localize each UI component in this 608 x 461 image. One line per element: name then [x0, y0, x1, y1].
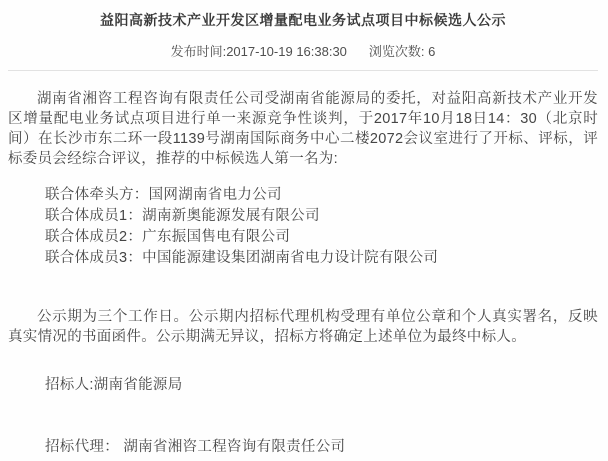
- agent-line: 招标代理： 湖南省湘咨工程咨询有限责任公司: [45, 439, 598, 456]
- page-title: 益阳高新技术产业开发区增量配电业务试点项目中标候选人公示: [8, 0, 598, 29]
- publish-time: 发布时间:2017-10-19 16:38:30: [171, 44, 347, 59]
- consortium-leader-label: 联合体牵头方：: [45, 187, 149, 203]
- consortium-member1-row: 联合体成员1：湖南新奥能源发展有限公司: [45, 206, 598, 227]
- consortium-list: 联合体牵头方：国网湖南省电力公司 联合体成员1：湖南新奥能源发展有限公司 联合体…: [45, 185, 598, 269]
- view-count-label: 浏览次数:: [369, 44, 425, 59]
- consortium-member1-value: 湖南新奥能源发展有限公司: [142, 208, 320, 224]
- announcement-document: 益阳高新技术产业开发区增量配电业务试点项目中标候选人公示 发布时间:2017-1…: [0, 0, 608, 461]
- consortium-member3-row: 联合体成员3：中国能源建设集团湖南省电力设计院有限公司: [45, 248, 598, 269]
- view-count: 浏览次数: 6: [369, 44, 435, 59]
- consortium-member3-value: 中国能源建设集团湖南省电力设计院有限公司: [142, 250, 438, 266]
- meta-line: 发布时间:2017-10-19 16:38:30浏览次数: 6: [8, 44, 598, 59]
- divider: [8, 70, 598, 71]
- publish-time-value: 2017-10-19 16:38:30: [226, 44, 347, 59]
- view-count-value: 6: [428, 44, 435, 59]
- consortium-leader-value: 国网湖南省电力公司: [149, 187, 282, 203]
- opening-paragraph: 湖南省湘咨工程咨询有限责任公司受湖南省能源局的委托，对益阳高新技术产业开发区增量…: [8, 89, 598, 169]
- consortium-member2-row: 联合体成员2：广东振国售电有限公司: [45, 227, 598, 248]
- tenderer-line: 招标人:湖南省能源局: [45, 377, 598, 394]
- agent-value: 湖南省湘咨工程咨询有限责任公司: [119, 439, 345, 455]
- tenderer-label: 招标人:: [45, 377, 94, 393]
- consortium-leader-row: 联合体牵头方：国网湖南省电力公司: [45, 185, 598, 206]
- consortium-member2-value: 广东振国售电有限公司: [142, 229, 290, 245]
- consortium-member2-label: 联合体成员2：: [45, 229, 142, 245]
- publicity-period-paragraph: 公示期为三个工作日。公示期内招标代理机构受理有单位公章和个人真实署名，反映真实情…: [8, 307, 598, 347]
- consortium-member3-label: 联合体成员3：: [45, 250, 142, 266]
- consortium-member1-label: 联合体成员1：: [45, 208, 142, 224]
- tenderer-value: 湖南省能源局: [94, 377, 183, 393]
- publish-time-label: 发布时间:: [171, 44, 227, 59]
- agent-label: 招标代理：: [45, 439, 119, 455]
